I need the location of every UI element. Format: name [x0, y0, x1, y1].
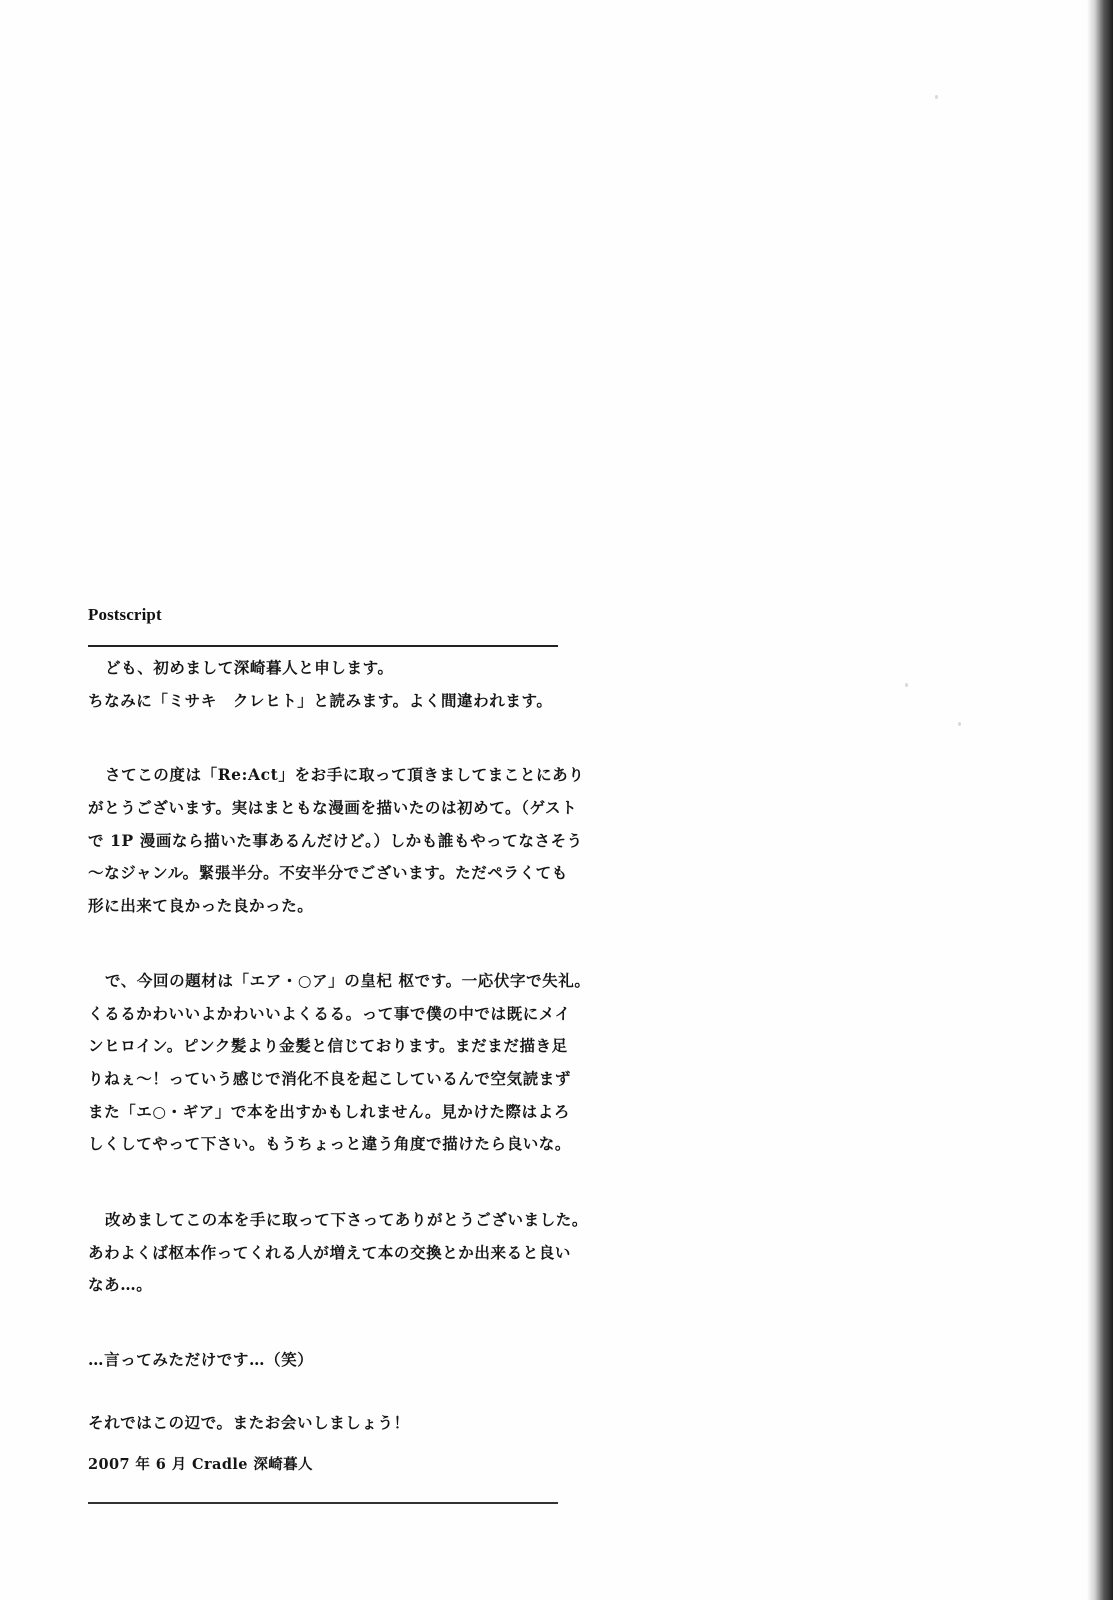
text-line: で、今回の題材は「エア・○ア」の皇杞 枢です。一応伏字で失礼。	[88, 965, 563, 998]
text-line: で 1P 漫画なら描いた事あるんだけど。）しかも誰もやってなさそう	[88, 825, 563, 858]
text-line: さてこの度は「Re:Act」をお手に取って頂きましてまことにあり	[88, 759, 563, 792]
scanned-page: Postscript ども、初めまして深崎暮人と申します。 ちなみに「ミサキ ク…	[0, 0, 1113, 1600]
text-line: くるるかわいいよかわいいよくるる。って事で僕の中では既にメイ	[88, 998, 563, 1031]
paragraph-greeting: ども、初めまして深崎暮人と申します。 ちなみに「ミサキ クレヒト」と読みます。よ…	[88, 652, 563, 717]
text-line: あわよくば枢本作ってくれる人が増えて本の交換とか出来ると良い	[88, 1237, 563, 1270]
text-line: ～なジャンル。緊張半分。不安半分でございます。ただペラくても	[88, 857, 563, 890]
text-line: しくしてやって下さい。もうちょっと違う角度で描けたら良いな。	[88, 1128, 563, 1161]
text-line: ども、初めまして深崎暮人と申します。	[88, 652, 563, 685]
paragraph-closing: 改めましてこの本を手に取って下さってありがとうございました。 あわよくば枢本作っ…	[88, 1204, 563, 1302]
top-divider	[88, 645, 558, 647]
scan-speck	[935, 95, 938, 99]
text-line: 改めましてこの本を手に取って下さってありがとうございました。	[88, 1204, 563, 1237]
postscript-body: ども、初めまして深崎暮人と申します。 ちなみに「ミサキ クレヒト」と読みます。よ…	[88, 652, 563, 1439]
paragraph-farewell: それではこの辺で。またお会いしましょう！	[88, 1407, 563, 1440]
text-line: 形に出来て良かった良かった。	[88, 890, 563, 923]
binding-shadow	[1087, 0, 1113, 1600]
text-line: がとうございます。実はまともな漫画を描いたのは初めて。（ゲスト	[88, 792, 563, 825]
paragraph-aside: …言ってみただけです…（笑）	[88, 1344, 563, 1377]
scan-speck	[905, 683, 908, 687]
signature-line: 2007 年 6 月 Cradle 深崎暮人	[88, 1454, 313, 1476]
text-line: ンヒロイン。ピンク髪より金髪と信じております。まだまだ描き足	[88, 1030, 563, 1063]
paragraph-subject: で、今回の題材は「エア・○ア」の皇杞 枢です。一応伏字で失礼。 くるるかわいいよ…	[88, 965, 563, 1161]
text-line: それではこの辺で。またお会いしましょう！	[88, 1407, 563, 1440]
text-line: りねぇ～！っていう感じで消化不良を起こしているんで空気読まず	[88, 1063, 563, 1096]
text-line: ちなみに「ミサキ クレヒト」と読みます。よく間違われます。	[88, 685, 563, 718]
postscript-header: Postscript	[88, 602, 558, 628]
text-line: なあ…。	[88, 1269, 563, 1302]
scan-speck	[958, 722, 961, 726]
paragraph-thanks: さてこの度は「Re:Act」をお手に取って頂きましてまことにあり がとうございま…	[88, 759, 563, 922]
text-line: …言ってみただけです…（笑）	[88, 1344, 563, 1377]
bottom-divider	[88, 1502, 558, 1504]
page-title: Postscript	[88, 602, 558, 628]
text-line: また「エ○・ギア」で本を出すかもしれません。見かけた際はよろ	[88, 1096, 563, 1129]
